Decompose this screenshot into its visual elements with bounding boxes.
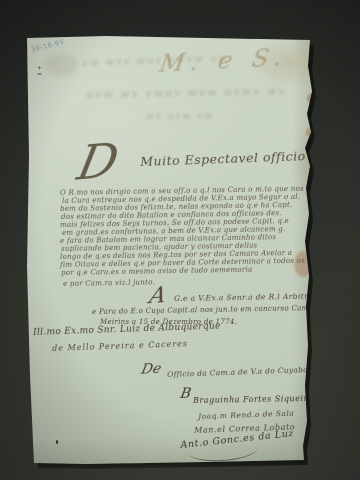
equals-mark: = [37, 71, 42, 78]
closing-line: e Para do E.o Cuya Capit.al nos jun.to e… [92, 304, 318, 316]
closing-line: G.e a V.Ex.a Senr.a de R.l Arbitr.os [174, 291, 319, 303]
closing-initial: A [148, 283, 169, 309]
manuscript-page: 30-18-95 + = M. e S. vw wvv wuv vwvw uw … [26, 36, 313, 464]
heading-initial: D [73, 133, 123, 192]
addressee-line: Ill.mo Ex.mo Snr. Luiz de Albuquerque [33, 321, 221, 338]
bleed-through-mark: uvw wv vwuv wvw uvwv wv [86, 85, 287, 101]
ink-fleck [56, 440, 58, 444]
addressee-line: de Mello Pereira e Caceres [52, 339, 188, 353]
manuscript-photo: 30-18-95 + = M. e S. vw wvv wuv vwvw uw … [0, 0, 360, 480]
body-line: e por Cam.ra viz.l junto. [63, 278, 155, 288]
signature-intro-initial: De [140, 361, 163, 378]
signature-monogram: B [179, 386, 192, 402]
signature-name: Joaq.m Rend.o de Sala [198, 409, 295, 421]
stain [44, 54, 78, 76]
signature-intro: Officio da Cam.a de V.a do Cuyaba [167, 365, 308, 379]
signature-name: Braguinha Fortes Siqueira [193, 394, 313, 405]
signature-flourish [188, 448, 259, 464]
bleed-through-mark: wv uvw vw [146, 112, 214, 122]
pencil-archive-number: 30-18-95 [30, 38, 65, 54]
